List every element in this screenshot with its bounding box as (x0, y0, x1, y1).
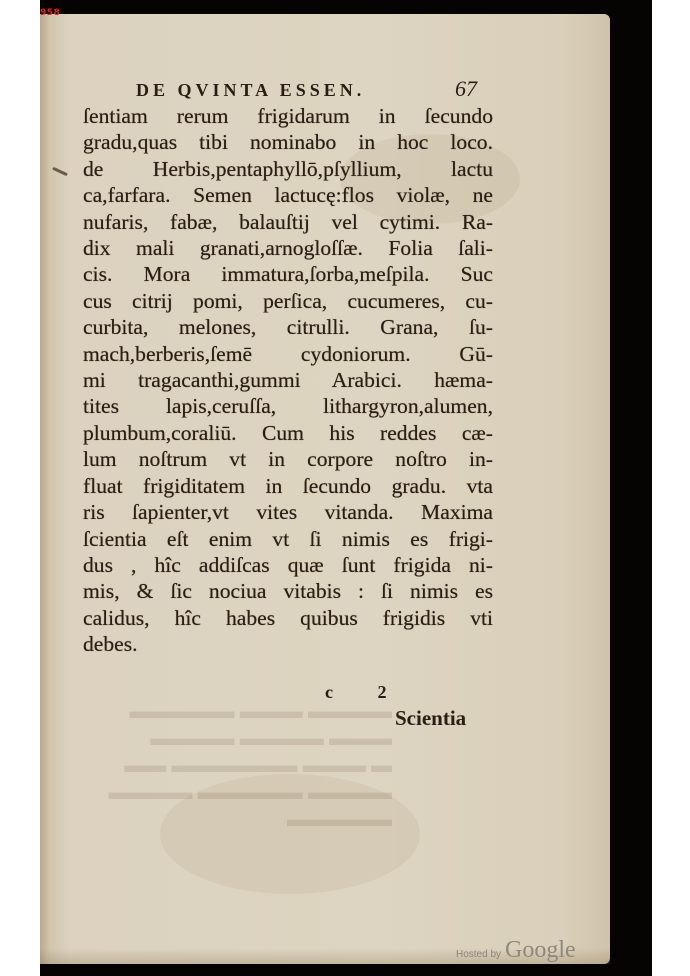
text-line: mach,berberis,ſemē cydoniorum. Gū- (83, 341, 493, 367)
text-line: fluat frigiditatem in ſecundo gradu. vta (83, 473, 493, 499)
text-line: ris ſapienter,vt vites vitanda. Maxima (83, 499, 493, 525)
text-line: debes. (83, 631, 493, 657)
text-line: cis. Mora immatura,ſorba,meſpila. Suc (83, 261, 493, 287)
hosted-by-label: Hosted by (456, 949, 501, 960)
text-line: mi tragacanthi,gummi Arabici. hæma- (83, 367, 493, 393)
text-line: curbita, melones, citrulli. Grana, ſu- (83, 314, 493, 340)
text-line: calidus, hîc habes quibus frigidis vti (83, 605, 493, 631)
signature-mark: c 2 (325, 682, 407, 703)
google-watermark: Hosted by Google (456, 937, 576, 964)
text-line: ſentiam rerum frigidarum in ſecundo (83, 103, 493, 129)
text-line: de Herbis,pentaphyllō,pſyllium, lactu (83, 156, 493, 182)
text-line: ca,farfara. Semen lactucę:flos violæ, ne (83, 182, 493, 208)
text-line: plumbum,coraliū. Cum his reddes cæ- (83, 420, 493, 446)
google-logo: Google (505, 937, 576, 964)
running-head: DE QVINTA ESSEN. (136, 80, 365, 101)
text-line: mis, & ſic nociua vitabis : ſi nimis es (83, 578, 493, 604)
book-page-viewer: 958 DE QVINTA ESSEN. 67 ſentiam rerum fr… (0, 0, 690, 976)
text-line: dix mali granati,arnogloſſæ. Folia ſali- (83, 235, 493, 261)
page-number-marker: 958 (40, 8, 60, 18)
text-line: nufaris, fabæ, balauſtij vel cytimi. Ra- (83, 209, 493, 235)
text-line: cus citrij pomi, perſica, cucumeres, cu- (83, 288, 493, 314)
text-line: ſcientia eſt enim vt ſi nimis es frigi- (83, 526, 493, 552)
text-line: lum noſtrum vt in corpore noſtro in- (83, 446, 493, 472)
text-line: gradu,quas tibi nominabo in hoc loco. (83, 129, 493, 155)
text-line: tites lapis,ceruſſa, lithargyron,alumen, (83, 393, 493, 419)
body-text: ſentiam rerum frigidarum in ſecundo grad… (83, 103, 493, 658)
catchword: Scientia (395, 706, 466, 731)
bleed-through-text: ▬▬▬▬ ▬▬▬ ▬▬▬▬▬ ▬▬▬ ▬▬▬▬ ▬▬▬▬ ▬ ▬▬▬ ▬▬▬▬▬… (92, 698, 392, 833)
folio-number: 67 (455, 76, 477, 102)
text-line: dus , hîc addiſcas quæ ſunt frigida ni- (83, 552, 493, 578)
